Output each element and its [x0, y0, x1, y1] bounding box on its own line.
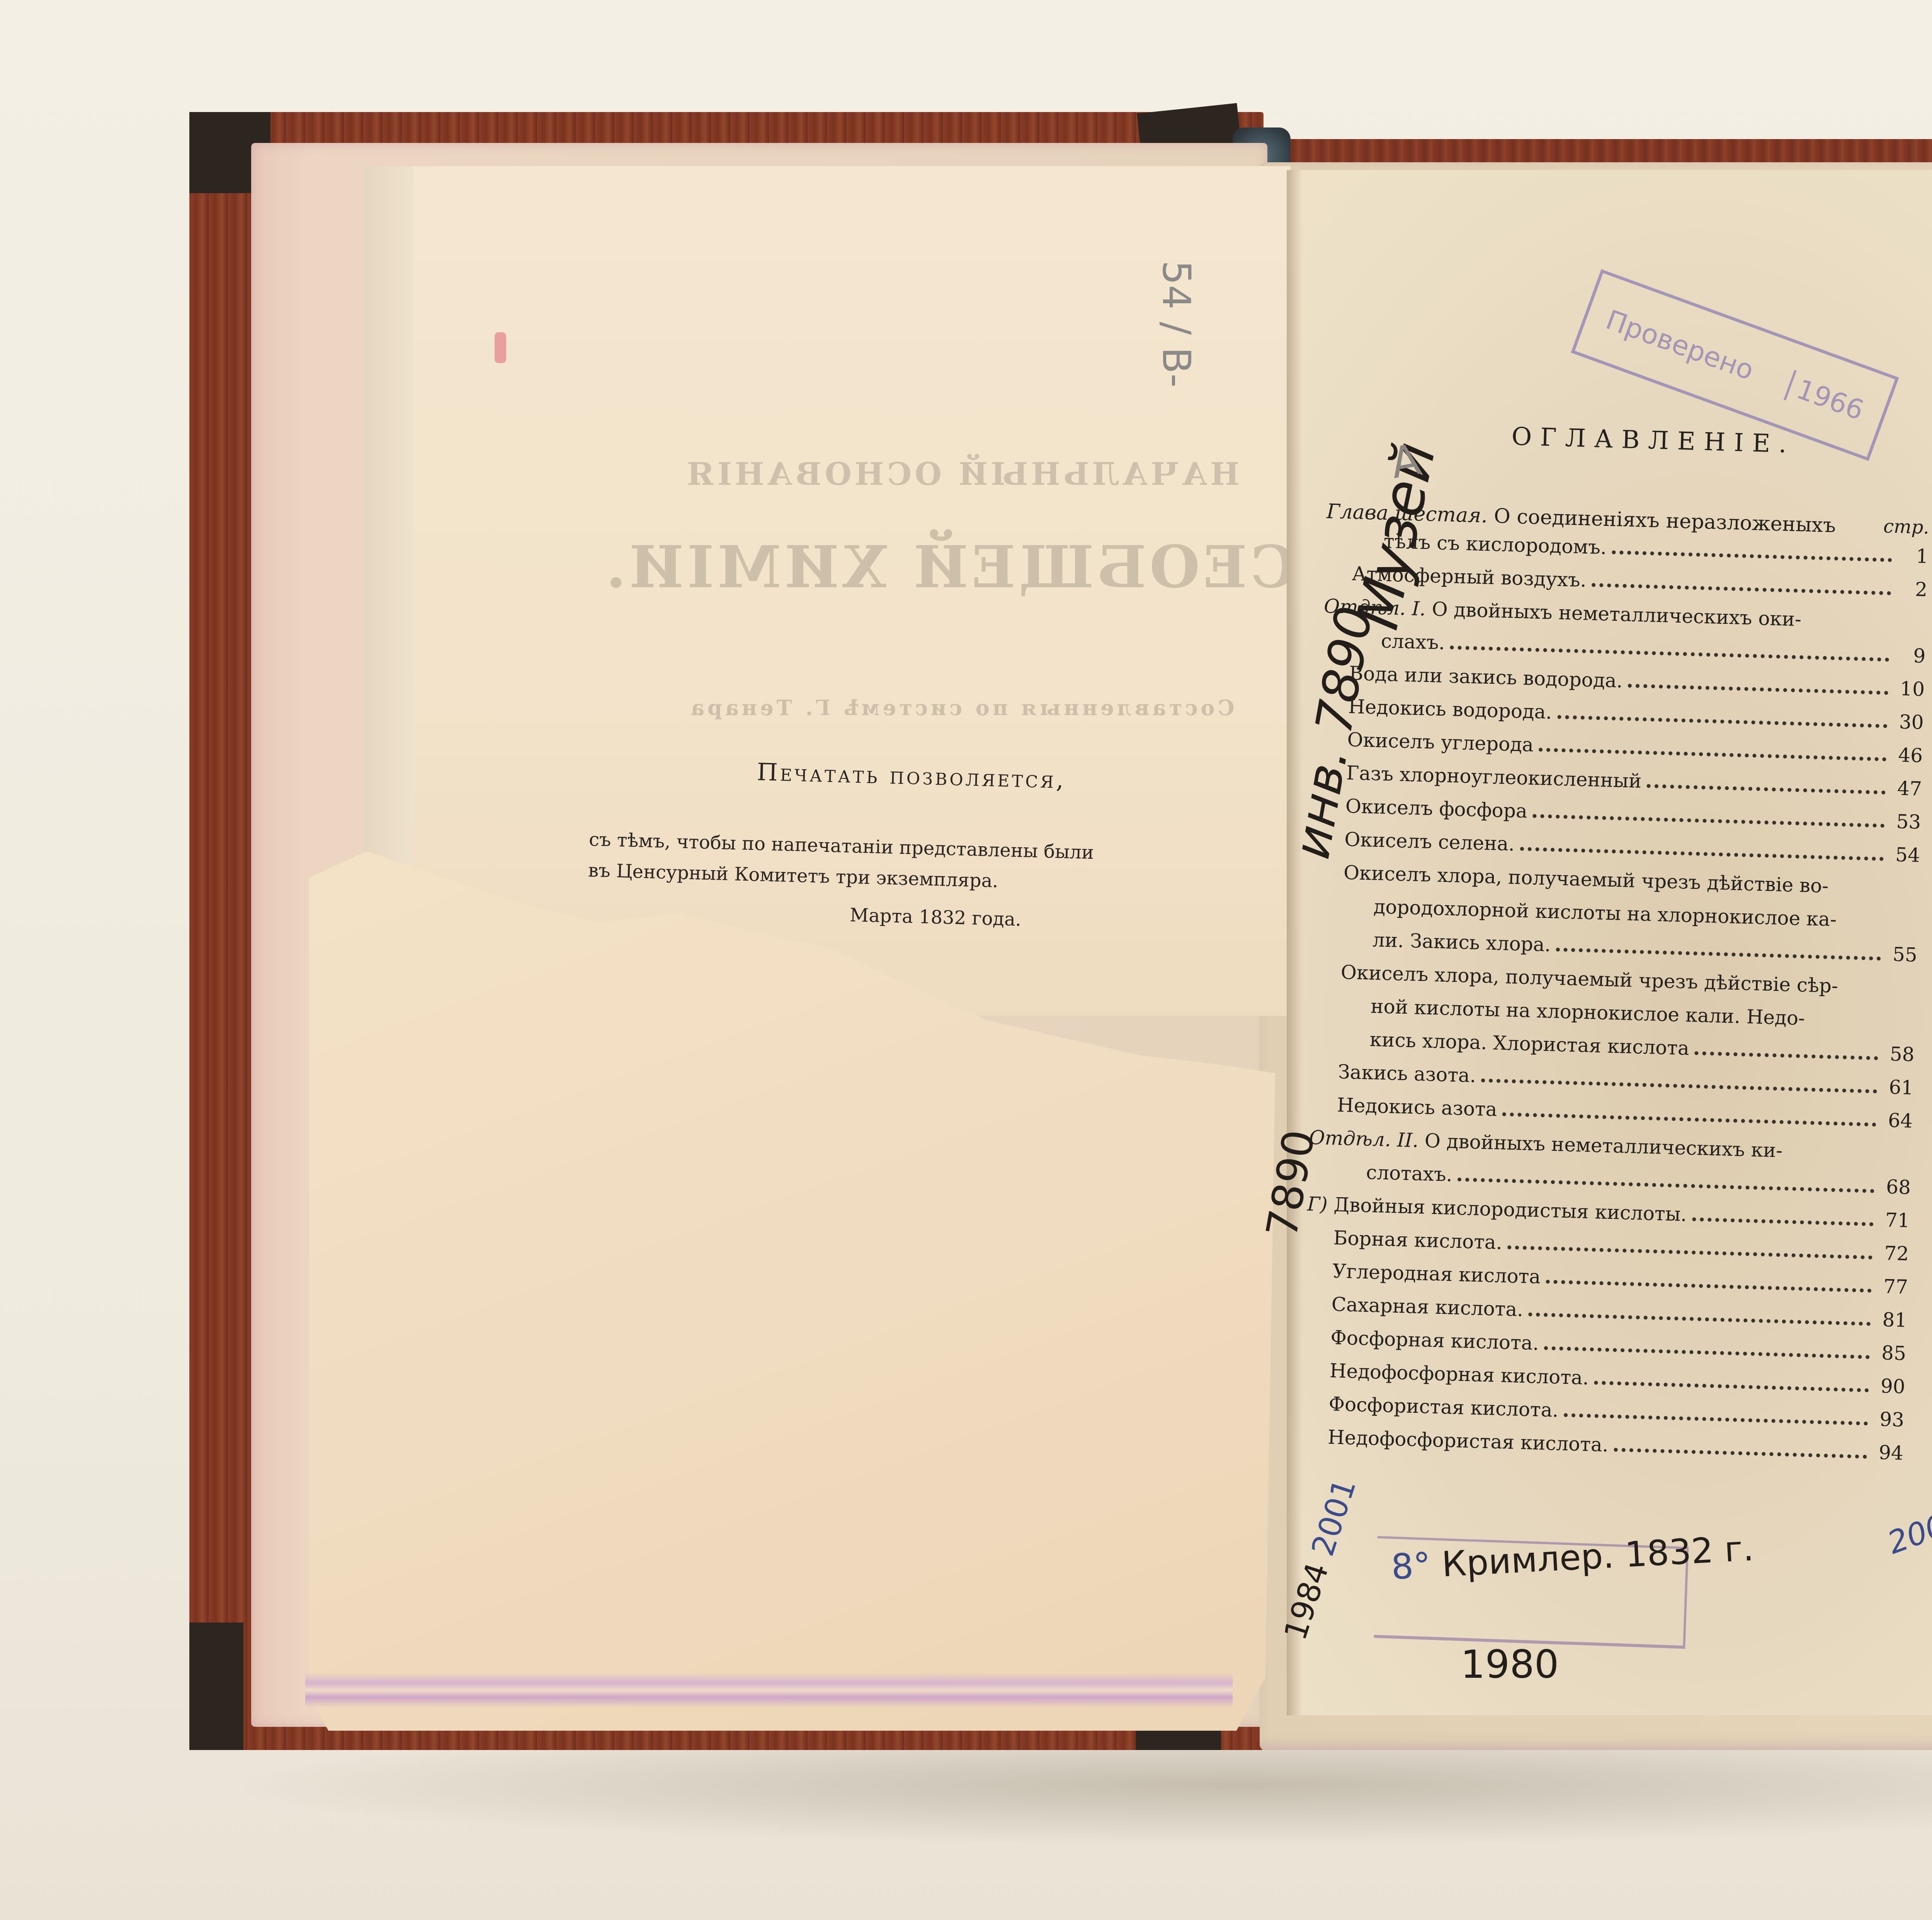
- toc-page-number: 2: [1896, 572, 1928, 606]
- toc-entry-label: Окиселъ углерода: [1320, 722, 1534, 761]
- toc-entry-label: Закись азота.: [1311, 1054, 1476, 1092]
- toc-page-number: 10: [1893, 672, 1925, 706]
- toc-entry-text: кись хлора. Хлористая кислота: [1369, 1028, 1689, 1060]
- toc-entry-text: Борная кислота.: [1333, 1227, 1503, 1254]
- toc-entry-text: Недокись водорода.: [1348, 695, 1552, 724]
- toc-section-prefix: Отдѣл. I.: [1324, 595, 1426, 620]
- dot-leader: [1614, 1448, 1867, 1459]
- dot-leader: [1692, 1217, 1873, 1226]
- toc-entry-text: Газъ хлорноуглеокисленный: [1346, 762, 1642, 792]
- imprimatur-body: съ тѣмъ, чтобы по напечатаніи представле…: [588, 824, 1169, 901]
- toc-entry-text: Двойныя кислородистыя кислоты.: [1333, 1193, 1687, 1226]
- toc-page-number: 93: [1873, 1402, 1905, 1436]
- toc-entry-text: Вода или закись водорода.: [1349, 662, 1623, 692]
- dot-leader: [1592, 583, 1891, 595]
- toc-entry-text: О двойныхъ неметаллическихъ оки-: [1432, 598, 1802, 631]
- toc-entry-text: Углеродная кислота: [1332, 1260, 1541, 1288]
- dot-leader: [1557, 715, 1887, 728]
- toc-page-number: 53: [1889, 805, 1921, 839]
- toc-page-number: 94: [1872, 1436, 1904, 1470]
- page-column-label: стр.: [1883, 515, 1929, 540]
- toc-page-number: 30: [1892, 705, 1924, 739]
- toc-page-number: 64: [1881, 1104, 1913, 1138]
- dot-leader: [1628, 684, 1888, 695]
- pink-stained-page-edges: [305, 1673, 1233, 1708]
- dot-leader: [1507, 1245, 1872, 1259]
- toc-page-number: 1: [1897, 539, 1929, 573]
- toc-section-prefix: Г): [1307, 1193, 1328, 1215]
- toc-page-number: 58: [1883, 1037, 1915, 1071]
- toc-entry-text: Атмосферный воздухъ.: [1352, 562, 1587, 591]
- toc-entry-text: Окиселъ углерода: [1347, 729, 1534, 756]
- toc-entry-text: Окиселъ фосфора: [1345, 795, 1527, 822]
- toc-entry-label: Сахарная кислота.: [1304, 1287, 1524, 1326]
- toc-page-number: 90: [1874, 1369, 1905, 1403]
- dot-leader: [1458, 1177, 1874, 1193]
- toc-entry-text: Недофосфорная кислота.: [1329, 1359, 1589, 1389]
- toc-entry-text: слахъ.: [1381, 630, 1445, 654]
- table-of-contents: ОГЛАВЛЕНІЕ. Глава шестая. О соединеніяхъ…: [1300, 417, 1932, 1470]
- format-note: 8°: [1390, 1545, 1432, 1587]
- imprimatur-block: Печатать позволяется, съ тѣмъ, чтобы по …: [587, 753, 1171, 934]
- dot-leader: [1564, 1413, 1868, 1426]
- toc-entry-label: Фосфорная кислота.: [1303, 1320, 1539, 1360]
- toc-entry-label: слахъ.: [1323, 623, 1446, 659]
- toc-page-number: 47: [1891, 771, 1922, 805]
- toc-entry-label: Борная кислота.: [1306, 1220, 1503, 1259]
- toc-page-number: 77: [1877, 1269, 1908, 1303]
- toc-entry-text: Фосфористая кислота.: [1328, 1393, 1559, 1422]
- stamp-year: 1966: [1784, 370, 1868, 426]
- toc-entries: тѣлъ съ кислородомъ.1Атмосферный воздухъ…: [1300, 523, 1929, 1470]
- dot-leader: [1502, 1112, 1876, 1127]
- dot-leader: [1594, 1381, 1869, 1392]
- toc-section-prefix: Отдѣл. II.: [1309, 1126, 1419, 1152]
- toc-page-number: 54: [1889, 838, 1920, 872]
- toc-entry-text: слотахъ.: [1366, 1161, 1453, 1186]
- handwritten-year: 1980: [1461, 1642, 1559, 1687]
- toc-entry-label: Окиселъ селена.: [1317, 822, 1515, 861]
- toc-page-number: 68: [1879, 1170, 1911, 1204]
- pink-stain: [495, 332, 506, 363]
- toc-page-number: 55: [1886, 938, 1918, 972]
- toc-entry-label: слотахъ.: [1308, 1154, 1453, 1191]
- toc-entry-label: Недокись водорода.: [1321, 689, 1553, 729]
- toc-entry-label: Углеродная кислота: [1305, 1254, 1541, 1293]
- dot-leader: [1520, 847, 1883, 861]
- toc-entry-text: О двойныхъ неметаллическихъ ки-: [1424, 1130, 1783, 1162]
- toc-entry-text: Закись азота.: [1338, 1060, 1476, 1087]
- dot-leader: [1694, 1051, 1878, 1060]
- toc-entry-text: Недофосфористая кислота.: [1327, 1426, 1609, 1456]
- toc-page-number: 71: [1878, 1203, 1910, 1237]
- dot-leader: [1647, 784, 1886, 794]
- dot-leader: [1450, 646, 1889, 662]
- pencil-note-top: 54 / В-: [1154, 260, 1199, 387]
- toc-page-number: 46: [1891, 738, 1923, 772]
- toc-entry-text: Сахарная кислота.: [1331, 1293, 1524, 1321]
- toc-page-number: 61: [1882, 1070, 1914, 1104]
- dot-leader: [1539, 748, 1886, 761]
- dot-leader: [1556, 948, 1881, 960]
- toc-page-number: 85: [1875, 1336, 1906, 1370]
- dot-leader: [1532, 814, 1884, 827]
- toc-entry-text: ли. Закись хлора.: [1372, 929, 1551, 956]
- toc-page-number: 81: [1876, 1303, 1907, 1337]
- toc-page-number: 9: [1894, 639, 1926, 673]
- show-through-line-3: Составленныя по системѣ Г. Тенара: [688, 695, 1234, 720]
- toc-entry-label: Окиселъ фосфора: [1318, 789, 1528, 828]
- dot-leader: [1481, 1079, 1877, 1094]
- show-through-line-1: НАЧАЛЬНЫЙ ОСНОВАНІЯ: [684, 456, 1240, 492]
- gutter-shadow: [1287, 170, 1302, 1715]
- cover-corner-bottom-left: [189, 1623, 243, 1750]
- toc-page-number: 72: [1878, 1237, 1909, 1271]
- dot-leader: [1546, 1280, 1872, 1293]
- show-through-title: ВСЕОБЩЕЙ ХИМІИ.: [603, 533, 1349, 601]
- toc-entry-text: Фосфорная кислота.: [1330, 1326, 1539, 1354]
- dot-leader: [1544, 1346, 1870, 1359]
- toc-entry-label: Недокись азота: [1310, 1087, 1498, 1126]
- dot-leader: [1612, 551, 1892, 562]
- toc-entry-text: Недокись азота: [1337, 1094, 1497, 1121]
- toc-entry-text: Окиселъ селена.: [1344, 828, 1515, 855]
- toc-entry-text: тѣлъ съ кислородомъ.: [1383, 530, 1607, 559]
- dot-leader: [1529, 1312, 1871, 1326]
